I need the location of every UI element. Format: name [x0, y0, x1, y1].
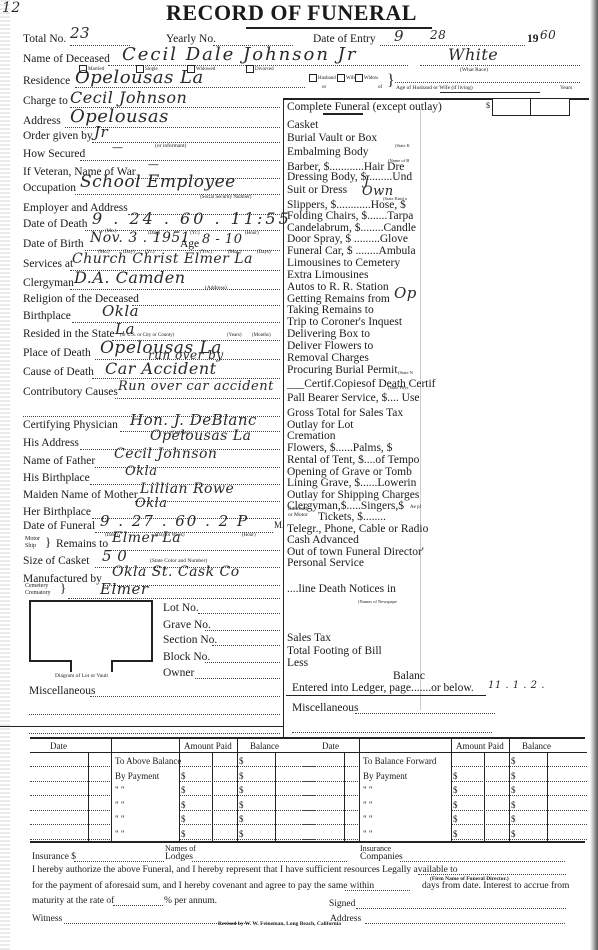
charge-item: Extra Limousines	[287, 269, 368, 281]
spouse-widow[interactable]: Widow	[355, 74, 379, 82]
mother-maiden-name-value[interactable]: Lillian Rowe	[140, 481, 234, 497]
ledger-amount-field[interactable]	[452, 810, 587, 811]
birthplace-value[interactable]: Okla	[102, 302, 139, 320]
ledger-amount-field[interactable]	[180, 781, 315, 782]
charge-item: ___Certif.Copiesof Death Certif	[287, 378, 436, 390]
charge-to-value[interactable]: Cecil Johnson	[70, 88, 187, 107]
charge-item: Taking Remains to	[287, 304, 374, 316]
ledger-date-field[interactable]	[302, 766, 358, 767]
ledger-date-field[interactable]	[302, 839, 358, 840]
contributory-causes-value[interactable]: Run over car accident	[118, 379, 274, 394]
charge-item: Folding Chairs, $.......Tarpa	[287, 210, 413, 222]
charges-misc-label: Miscellaneous	[292, 702, 358, 714]
order-given-by-value[interactable]: Jr	[94, 123, 108, 141]
cemetery-value[interactable]: Elmer	[100, 580, 149, 598]
ledger-amount-field[interactable]	[452, 824, 587, 825]
ledger-date-field[interactable]	[302, 810, 358, 811]
ledger-date-field[interactable]	[30, 824, 110, 825]
authorization-line-2: for the payment of aforesaid sum, and I …	[32, 881, 374, 891]
address-field[interactable]	[365, 923, 565, 924]
veteran-war-value[interactable]: —	[148, 158, 160, 171]
authorization-line-3: maturity at the rate of	[32, 896, 114, 906]
ledger-date-field[interactable]	[302, 781, 358, 782]
ledger-amount-field[interactable]	[452, 839, 587, 840]
ledger-date-field[interactable]	[30, 839, 110, 840]
charge-item: Total Footing of Bill	[287, 645, 382, 657]
complete-funeral-amount[interactable]	[492, 99, 570, 116]
charge-item: Flowers, $......Palms, $	[287, 442, 392, 454]
year-prefix: 19	[527, 33, 539, 45]
ledger-row-label: To Above Balance	[115, 756, 181, 766]
address-value[interactable]: Opelousas	[70, 106, 169, 127]
charge-item: Dressing Body, $.........Und	[287, 171, 412, 183]
charge-item: Suit or Dress	[287, 184, 347, 196]
charge-item: ....line Death Notices in	[287, 583, 396, 595]
occupation-value[interactable]: School Employee	[80, 172, 236, 192]
ledger-header-date: Date	[322, 741, 339, 751]
name-of-deceased-value[interactable]: Cecil Dale Johnson Jr	[122, 44, 357, 65]
divorced-checkbox[interactable]	[246, 65, 254, 73]
name-of-father-value[interactable]: Cecil Johnson	[114, 446, 217, 462]
his-birthplace-value[interactable]: Okla	[125, 464, 157, 479]
ledger-amount-field[interactable]	[452, 795, 587, 796]
ledger-row-label: " "	[115, 785, 125, 795]
ledger-amount-field[interactable]	[180, 824, 315, 825]
charge-item: Procuring Burial Permit	[287, 364, 398, 376]
date-of-entry-year[interactable]: 60	[540, 28, 556, 42]
ledger-date-field[interactable]	[30, 810, 110, 811]
charge-item: Casket	[287, 119, 318, 131]
ledger-date-field[interactable]	[30, 781, 110, 782]
spouse-wife[interactable]: Wife	[337, 74, 356, 82]
date-of-entry-day[interactable]: 28	[430, 28, 446, 42]
certifying-physician-value[interactable]: Hon. J. DeBlanc	[130, 411, 257, 429]
ledger-date-field[interactable]	[30, 766, 110, 767]
size-of-casket-value[interactable]: 5 0	[102, 547, 127, 565]
lot-diagram	[29, 600, 153, 662]
age-value[interactable]: 8 - 10	[202, 232, 242, 247]
race-value[interactable]: White	[448, 45, 498, 64]
ledger-row-label: To Balance Forward	[363, 756, 436, 766]
charge-item: Gross Total for Sales Tax	[287, 407, 403, 419]
charges-header: Complete Funeral (except outlay)	[287, 101, 442, 113]
ledger-header-balance: Balance	[522, 741, 551, 751]
manufactured-by-value[interactable]: Okla St. Cask Co	[112, 564, 240, 580]
ledger-row-label: " "	[115, 800, 125, 810]
miscellaneous-label: Miscellaneous	[29, 685, 95, 697]
date-of-death-value[interactable]: 9 . 24 . 60 . 11:55	[92, 209, 292, 228]
clergyman-value[interactable]: D.A. Camden	[74, 268, 186, 287]
ledger-row-label: " "	[363, 785, 373, 795]
ledger-amount-field[interactable]	[180, 766, 315, 767]
race-label: (What Race)	[460, 67, 488, 73]
authorization-line-1: I hereby authorize the above Funeral, an…	[32, 865, 458, 875]
ledger-date-field[interactable]	[302, 795, 358, 796]
total-no-label: Total No.	[23, 33, 66, 45]
charge-item: Rental of Tent, $....of Tempo	[287, 454, 419, 466]
charge-item: Autos to R. R. Station	[287, 281, 389, 293]
signed-field[interactable]	[356, 908, 566, 909]
how-secured-value[interactable]: —	[112, 141, 124, 154]
ledger-row-label: " "	[363, 800, 373, 810]
charge-item: Tickets, $........	[318, 511, 386, 523]
ledger-row-label: " "	[115, 814, 125, 824]
document-title: RECORD OF FUNERAL	[166, 0, 417, 26]
ledger-header-amount-paid: Amount Paid	[456, 741, 504, 751]
lot-diagram-label: Diagram of Lot or Vault	[55, 673, 108, 679]
getting-remains-value[interactable]: Op	[394, 284, 417, 302]
charge-item: Cash Advanced	[287, 534, 359, 546]
charge-item: Lining Grave, $......Lowerin	[287, 477, 416, 489]
date-of-entry-month[interactable]: 9	[394, 27, 404, 45]
charge-item: Pall Bearer Service, $.... Use	[287, 392, 420, 404]
ledger-amount-field[interactable]	[180, 795, 315, 796]
residence-label: Residence	[23, 75, 70, 87]
spouse-husband[interactable]: Husband	[309, 74, 336, 82]
ledger-amount-field[interactable]	[452, 781, 587, 782]
charge-item: Less	[287, 657, 308, 669]
name-of-deceased-label: Name of Deceased	[23, 53, 110, 65]
charge-item: Limousines to Cemetery	[287, 257, 400, 269]
charge-item: Delivering Box to	[287, 328, 370, 340]
suit-or-dress-value[interactable]: Own	[362, 184, 394, 199]
charge-item: Sales Tax	[287, 632, 331, 644]
charge-item: Personal Service	[287, 557, 364, 569]
ledger-header-date: Date	[50, 741, 67, 751]
ledger-row-label: " "	[115, 829, 125, 839]
date-of-birth-value[interactable]: Nov. 3 . 1951	[90, 230, 190, 246]
ledger-amount-field[interactable]	[180, 839, 315, 840]
date-of-funeral-value[interactable]: 9 . 27 . 60 . 2 P	[100, 512, 249, 530]
ledger-row-label: " "	[363, 829, 373, 839]
scan-edge-right	[590, 0, 598, 950]
his-address-value[interactable]: Opelousas La	[150, 428, 251, 444]
ledger-header-amount-paid: Amount Paid	[184, 741, 232, 751]
remains-to-value[interactable]: Elmer La	[112, 530, 181, 546]
ledger-amount-field[interactable]	[452, 766, 587, 767]
margin-note: 11 . 1 . 2 .	[488, 680, 545, 691]
ledger-row-label: By Payment	[363, 771, 407, 781]
ledger-row-label: By Payment	[115, 771, 159, 781]
total-no-value[interactable]: 23	[70, 24, 90, 42]
charge-item: Door Spray, $ .........Glove	[287, 233, 408, 245]
balance-label: Balanc	[393, 670, 425, 682]
title-underline	[246, 27, 432, 29]
residence-value[interactable]: Opelousas La	[75, 67, 204, 88]
services-at-value[interactable]: Church Christ Elmer La	[72, 251, 253, 267]
status-divorced[interactable]: Divorced	[246, 65, 274, 73]
charge-item: Burial Vault or Box	[287, 132, 377, 144]
scan-edge-left	[0, 0, 10, 950]
entered-ledger: Entered into Ledger, page.......or below…	[292, 682, 474, 694]
ledger-date-field[interactable]	[30, 795, 110, 796]
revised-by: Revised by W. W. Feineman, Long Beach, C…	[218, 921, 341, 927]
page-marker: 12	[2, 0, 21, 16]
charge-item: Cremation	[287, 430, 336, 442]
her-birthplace-value[interactable]: Okla	[135, 496, 167, 511]
charge-item: Embalming Body	[287, 146, 368, 158]
charge-item: Trip to Coroner's Inquest	[287, 316, 402, 328]
ledger-amount-field[interactable]	[180, 810, 315, 811]
ledger-date-field[interactable]	[302, 824, 358, 825]
charge-item: Removal Charges	[287, 352, 369, 364]
charge-item: Funeral Car, $ ........Ambula	[287, 245, 416, 257]
ledger-header-balance: Balance	[250, 741, 279, 751]
cause-of-death-value[interactable]: Car Accident	[105, 359, 217, 378]
ledger-row-label: " "	[363, 814, 373, 824]
charge-item: Deliver Flowers to	[287, 340, 373, 352]
